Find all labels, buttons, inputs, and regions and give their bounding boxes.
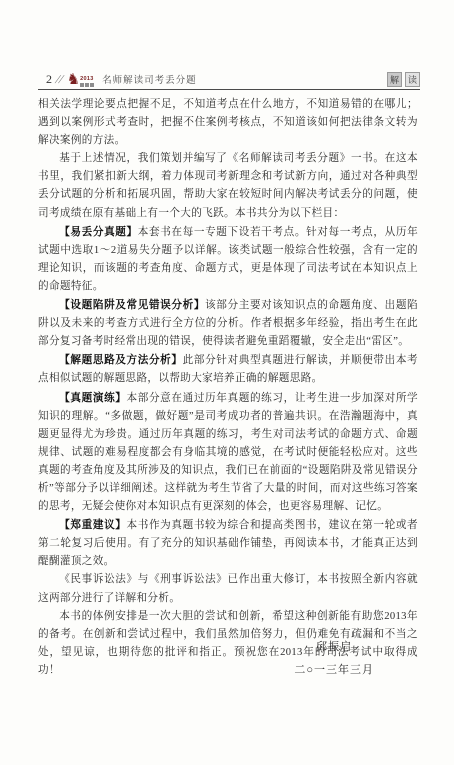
signature-block: 邱振启 二○一三年三月 [294, 636, 418, 682]
section-label: 【郑重建议】 [59, 519, 126, 531]
signature-date: 二○一三年三月 [294, 659, 374, 682]
badge-jie: 解 [387, 72, 402, 87]
paragraph-text: 基于上述情况，我们策划并编写了《名师解读司考丢分题》一书。在这本书里，我们紧扣新… [38, 153, 418, 218]
section-label: 【易丢分真题】 [59, 226, 138, 238]
running-book-title: 名师解读司考丢分题 [102, 72, 197, 87]
book-page: 2 // ♞ 2013 名师解读司考丢分题 解 读 相关法学理论要点把握不足，不… [0, 0, 454, 765]
logo-year: 2013 [80, 77, 93, 83]
paragraph: 【解题思路及方法分析】此部分针对典型真题进行解读，并顺便带出本考点相似试题的解题… [38, 351, 418, 388]
paragraph-text: 本部分意在通过历年真题的练习，让考生进一步加深对所学知识的理解。“多做题，做好题… [38, 393, 418, 513]
horse-icon: ♞ [67, 72, 80, 87]
paragraph: 【易丢分真题】本套书在每一专题下设若干考点。针对每一考点，从历年试题中选取1～2… [38, 223, 418, 296]
paragraph: 【设题陷阱及常见错误分析】该部分主要对该知识点的命题角度、出题陷阱以及未来的考查… [38, 296, 418, 351]
paragraph-text: 《民事诉讼法》与《刑事诉讼法》已作出重大修订，本书按照全新内容就这两部分进行了详… [38, 574, 418, 603]
logo-small-text [80, 83, 94, 87]
section-label: 【真题演练】 [59, 392, 126, 404]
paragraph-text: 相关法学理论要点把握不足，不知道考点在什么地方，不知道易错的在哪儿；遇到以案例形… [38, 99, 418, 146]
author-name: 邱振启 [294, 636, 374, 659]
section-label: 【解题思路及方法分析】 [59, 354, 182, 366]
publisher-logo: ♞ 2013 [67, 72, 94, 87]
page-number: 2 [38, 72, 56, 87]
paragraph: 基于上述情况，我们策划并编写了《名师解读司考丢分题》一书。在这本书里，我们紧扣新… [38, 150, 418, 222]
paragraph: 相关法学理论要点把握不足，不知道考点在什么地方，不知道易错的在哪儿；遇到以案例形… [38, 96, 418, 150]
paragraph: 《民事诉讼法》与《刑事诉讼法》已作出重大修订，本书按照全新内容就这两部分进行了详… [38, 571, 418, 607]
header-badges: 解 读 [387, 72, 420, 87]
badge-du: 读 [405, 72, 420, 87]
section-label: 【设题陷阱及常见错误分析】 [59, 299, 205, 311]
paragraph: 【郑重建议】本书作为真题书较为综合和提高类图书，建议在第一轮或者第二轮复习后使用… [38, 516, 418, 571]
page-header: 2 // ♞ 2013 名师解读司考丢分题 解 读 [38, 66, 420, 90]
paragraph: 【真题演练】本部分意在通过历年真题的练习，让考生进一步加深对所学知识的理解。“多… [38, 389, 418, 517]
preface-body: 相关法学理论要点把握不足，不知道考点在什么地方，不知道易错的在哪儿；遇到以案例形… [38, 96, 418, 680]
